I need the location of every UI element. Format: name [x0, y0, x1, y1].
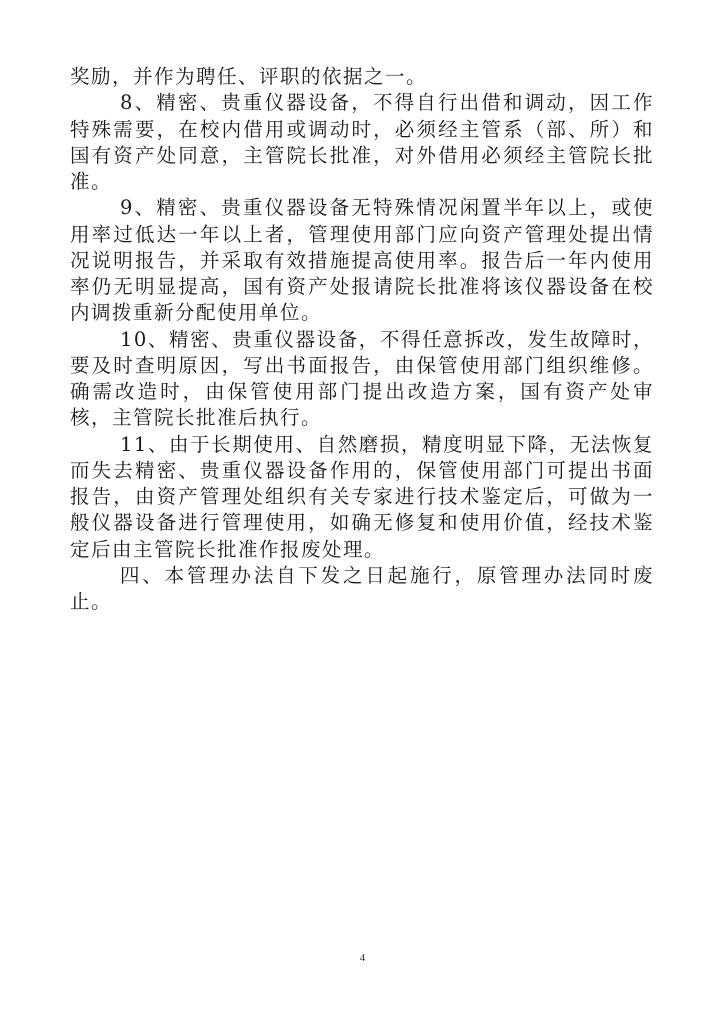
paragraph-item-9: 9、精密、贵重仪器设备无特殊情况闲置半年以上，或使用率过低达一年以上者，管理使用…	[70, 195, 654, 326]
paragraph-item-11: 11、由于长期使用、自然磨损，精度明显下降，无法恢复而失去精密、贵重仪器设备作用…	[70, 432, 654, 563]
document-body: 奖励，并作为聘任、评职的依据之一。 8、精密、贵重仪器设备，不得自行出借和调动，…	[70, 64, 654, 615]
document-page: 奖励，并作为聘任、评职的依据之一。 8、精密、贵重仪器设备，不得自行出借和调动，…	[0, 0, 725, 1025]
paragraph-item-8: 8、精密、贵重仪器设备，不得自行出借和调动，因工作特殊需要，在校内借用或调动时，…	[70, 90, 654, 195]
paragraph-continuation: 奖励，并作为聘任、评职的依据之一。	[70, 64, 654, 90]
paragraph-section-4: 四、本管理办法自下发之日起施行，原管理办法同时废止。	[70, 563, 654, 616]
page-number: 4	[0, 952, 725, 964]
paragraph-item-10: 10、精密、贵重仪器设备，不得任意拆改，发生故障时，要及时查明原因，写出书面报告…	[70, 327, 654, 432]
